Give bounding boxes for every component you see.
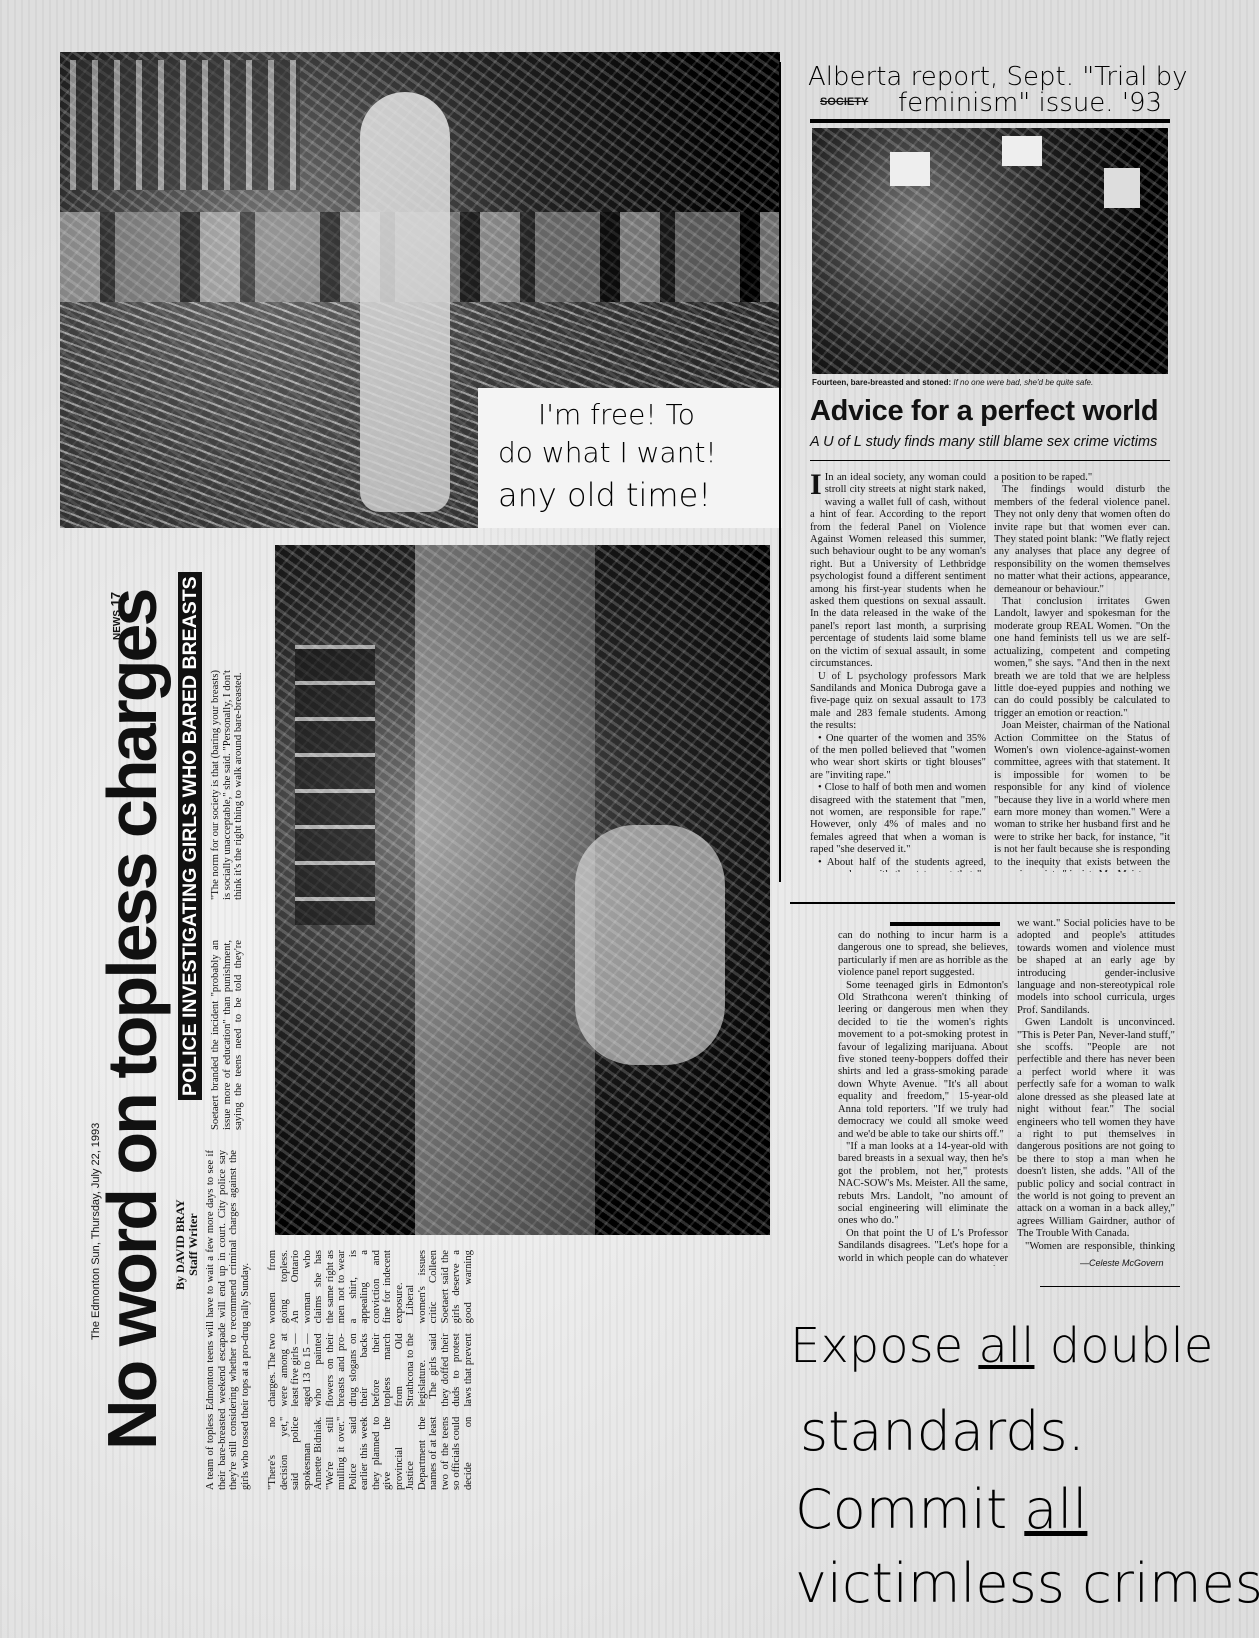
photo-caption-bold: Fourteen, bare-breasted and stoned: (812, 378, 951, 387)
window-shape (295, 645, 375, 925)
bottom-note-line3: Commit all (795, 1478, 1087, 1541)
deck-rule (810, 460, 1170, 461)
figure-silhouette (360, 92, 450, 512)
photo-caption-italic: If no one were bad, she'd be quite safe. (953, 378, 1093, 387)
top-note-line2: feminism" issue. '93 (898, 88, 1162, 118)
article-headline: Advice for a perfect world (810, 395, 1158, 428)
col1-para5: • About half of the students agreed, mor… (810, 857, 986, 872)
article-break-thick (890, 922, 1000, 926)
sun-kicker: POLICE INVESTIGATING GIRLS WHO BARED BRE… (178, 572, 202, 1100)
sun-para6: "The norm for our society is that (barin… (210, 670, 245, 900)
col2-para1: a position to be raped." (994, 472, 1170, 484)
protest-sign (890, 152, 930, 186)
sun-byline: By DAVID BRAY Staff Writer (174, 1199, 200, 1290)
sun-column-2: "There's no decision yet," said police s… (267, 1250, 482, 1490)
col4-para2: Gwen Landolt is unconvinced. "This is Pe… (1017, 1017, 1175, 1240)
article-column-4: we want." Social policies have to be ado… (1017, 918, 1175, 1254)
sun-para1: A team of topless Edmonton teens will ha… (205, 1150, 251, 1490)
section-label-society: SOCIETY (820, 96, 868, 108)
bottom-note-line1-em: all (978, 1318, 1034, 1374)
figure-light (575, 825, 725, 1065)
col3-para3: "If a man looks at a 14-year-old with ba… (838, 1141, 1008, 1228)
article-break-rule (790, 902, 1175, 904)
col1-para4: • Close to half of both men and women di… (810, 782, 986, 856)
col1-para1: In an ideal society, any woman could str… (810, 472, 986, 669)
speech-note-line3: any old time! (498, 476, 711, 514)
wall-light (415, 545, 595, 1235)
sun-headline: No word on topless charges (92, 591, 172, 1450)
speech-note-line2: do what I want! (498, 436, 717, 469)
col3-para1: can do nothing to incur harm is a danger… (838, 930, 1008, 980)
sun-column-kicker-text-1: Soetaert branded the incident "probably … (210, 940, 246, 1130)
bottom-note-line1: Expose all double (790, 1318, 1213, 1374)
article-deck: A U of L study finds many still blame se… (810, 434, 1157, 450)
photo-caption: Fourteen, bare-breasted and stoned: If n… (812, 378, 1093, 387)
col2-para2: The findings would disturb the members o… (994, 484, 1170, 596)
signature-rule (1040, 1286, 1180, 1287)
col1-para2: U of L psychology professors Mark Sandil… (810, 671, 986, 733)
speech-note-card: I'm free! To do what I want! any old tim… (478, 388, 782, 528)
col3-para2: Some teenaged girls in Edmonton's Old St… (838, 980, 1008, 1141)
article-column-3: can do nothing to incur harm is a danger… (838, 930, 1008, 1266)
bottom-note-line3-em: all (1024, 1478, 1087, 1541)
article-column-2: a position to be raped." The findings wo… (994, 472, 1170, 872)
speech-note-line1: I'm free! To (538, 398, 695, 431)
protest-sign (1104, 168, 1140, 208)
col4-para3: "Women are responsible, thinking individ… (1017, 1241, 1175, 1254)
bottom-note-line2: standards. (800, 1400, 1085, 1463)
sun-para5: Soetaert branded the incident "probably … (210, 940, 246, 1130)
col2-para4: Joan Meister, chairman of the National A… (994, 720, 1170, 872)
divider-vertical (779, 62, 781, 882)
protest-photo (812, 128, 1168, 374)
bottom-note-line1-pre: Expose (790, 1318, 978, 1374)
col2-para3: That conclusion irritates Gwen Landolt, … (994, 596, 1170, 720)
bottom-note-line4: victimless crimes! (795, 1552, 1259, 1615)
building-shape (70, 60, 300, 190)
bottom-note-line1-post: double (1034, 1318, 1213, 1374)
protest-sign (1002, 136, 1042, 166)
rotated-protest-photo (275, 545, 770, 1235)
section-rule (810, 119, 1170, 123)
col3-para4: On that point the U of L's Professor San… (838, 1228, 1008, 1266)
col1-para3: • One quarter of the women and 35% of th… (810, 733, 986, 783)
article-column-1: IIn an ideal society, any woman could st… (810, 472, 986, 872)
sun-column-kicker-text-2: "The norm for our society is that (barin… (210, 670, 246, 900)
col4-para1: we want." Social policies have to be ado… (1017, 918, 1175, 1017)
article-signature: —Celeste McGovern (1080, 1258, 1164, 1268)
byline-role: Staff Writer (187, 1199, 200, 1290)
sun-column-1: A team of topless Edmonton teens will ha… (205, 1150, 265, 1490)
bottom-note-line3-pre: Commit (795, 1478, 1024, 1541)
